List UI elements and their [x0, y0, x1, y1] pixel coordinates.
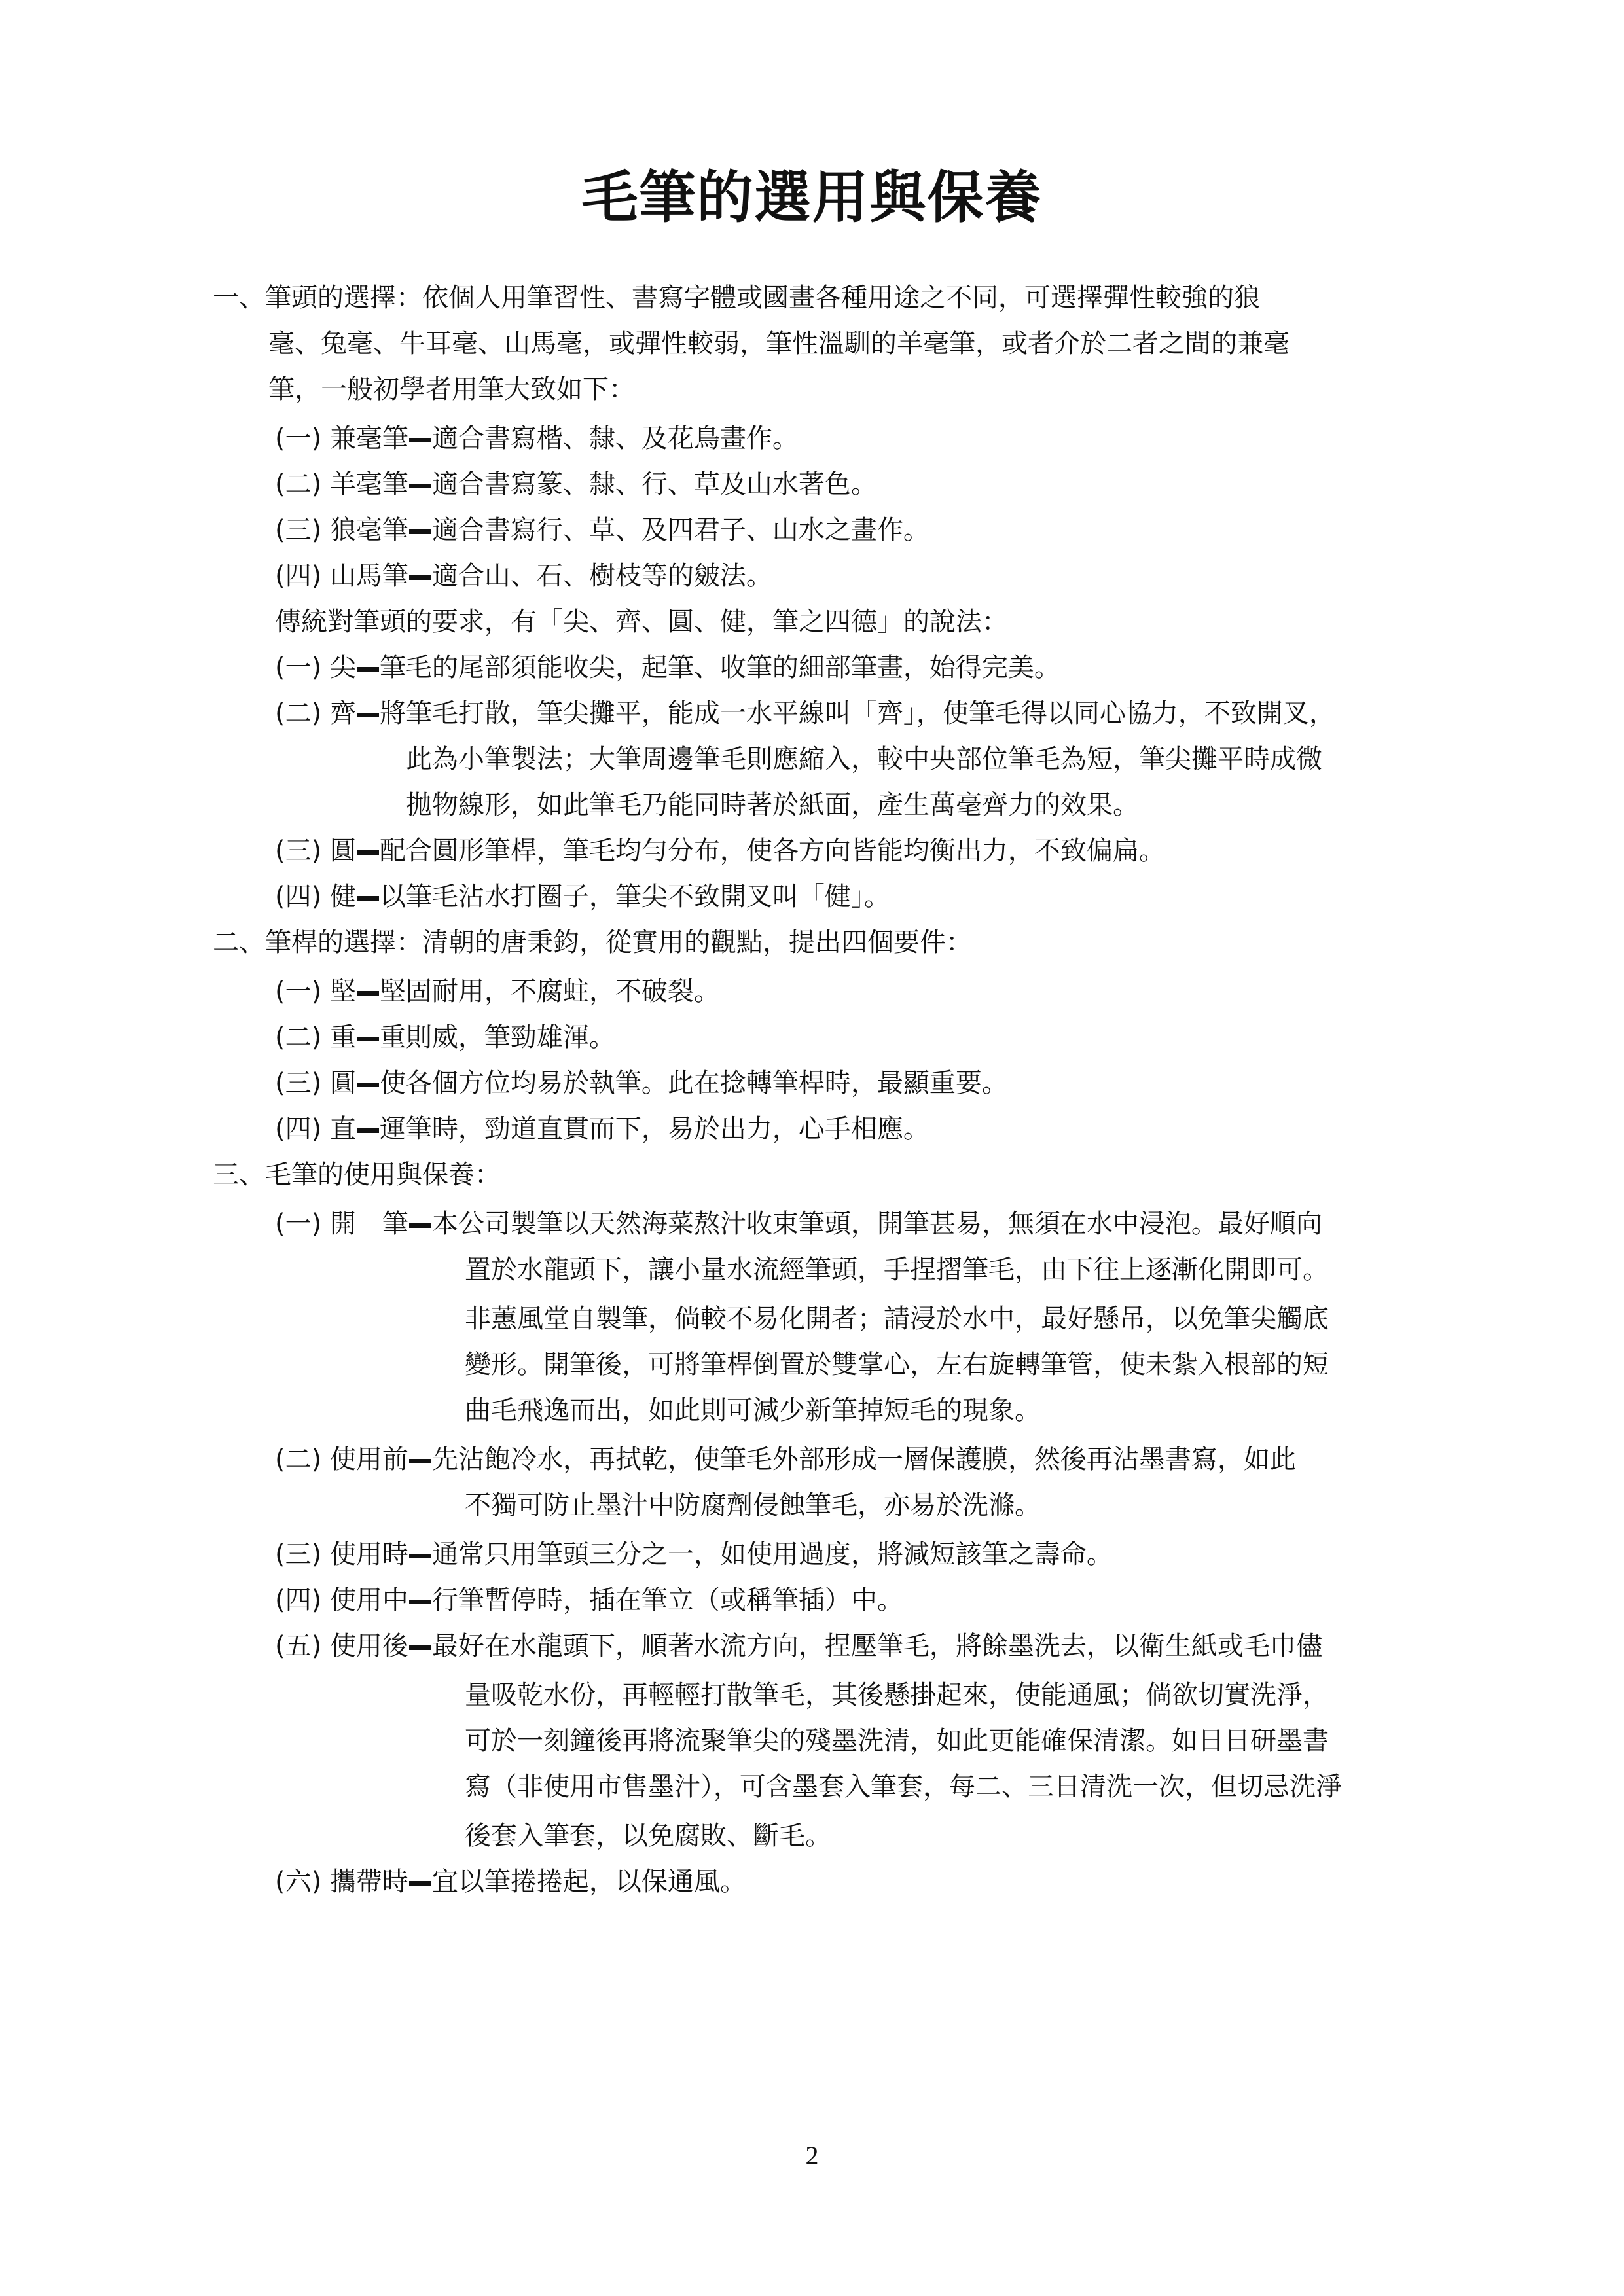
line-text: 最好在水龍頭下，順著水流方向，捏壓筆毛，將餘墨洗去，以衛生紙或毛巾儘 [432, 1631, 1322, 1661]
item-number: (四) [275, 561, 330, 591]
text-line: 置於水龍頭下，讓小量水流經筆頭，手捏摺筆毛，由下往上逐漸化開即可。 [465, 1253, 1329, 1286]
line-text: 三、毛筆的使用與保養： [213, 1160, 501, 1190]
item-term: 羊毫筆 [330, 469, 408, 499]
line-text: 變形。開筆後，可將筆桿倒置於雙掌心，左右旋轉筆管，使未紮入根部的短 [465, 1350, 1329, 1380]
item-number: (二) [275, 1022, 330, 1052]
line-text: 以筆毛沾水打圈子，筆尖不致開叉叫「健」。 [380, 882, 890, 912]
item-number: (一) [275, 1209, 330, 1239]
item-number: (三) [275, 515, 330, 545]
text-line: 筆，一般初學者用筆大致如下： [268, 373, 635, 406]
dash-separator [409, 1600, 431, 1604]
text-line: 不獨可防止墨汁中防腐劑侵蝕筆毛，亦易於洗滌。 [465, 1489, 1041, 1522]
text-line: 寫（非使用市售墨汁），可含墨套入筆套，每二、三日清洗一次，但切忌洗淨 [465, 1770, 1342, 1803]
item-term: 尖 [330, 653, 356, 683]
line-text: 行筆暫停時，插在筆立（或稱筆插）中。 [432, 1585, 903, 1615]
list-item: (一) 堅堅固耐用，不腐蛀，不破裂。 [275, 975, 720, 1008]
item-term: 攜帶時 [330, 1867, 408, 1897]
item-number: (一) [275, 977, 330, 1007]
list-item: (二) 使用前先沾飽冷水，再拭乾，使筆毛外部形成一層保護膜，然後再沾墨書寫，如此 [275, 1443, 1296, 1476]
dash-separator [357, 1083, 379, 1087]
item-term: 重 [330, 1022, 356, 1052]
item-term: 直 [330, 1114, 356, 1144]
dash-separator [409, 1459, 431, 1463]
dash-separator [357, 667, 379, 672]
line-text: 筆，一般初學者用筆大致如下： [268, 374, 635, 404]
text-line: 可於一刻鐘後再將流聚筆尖的殘墨洗清，如此更能確保清潔。如日日研墨書 [465, 1725, 1329, 1757]
item-number: (三) [275, 836, 330, 866]
line-text: 此為小筆製法；大筆周邊筆毛則應縮入，較中央部位筆毛為短，筆尖攤平時成微 [406, 744, 1322, 774]
line-text: 堅固耐用，不腐蛀，不破裂。 [380, 977, 720, 1007]
line-text: 本公司製筆以天然海菜熬汁收束筆頭，開筆甚易，無須在水中浸泡。最好順向 [432, 1209, 1322, 1239]
list-item: (一) 尖筆毛的尾部須能收尖，起筆、收筆的細部筆畫，始得完美。 [275, 651, 1060, 684]
text-line: 拋物線形，如此筆毛乃能同時著於紙面，產生萬毫齊力的效果。 [406, 789, 1139, 821]
line-text: 二、筆桿的選擇：清朝的唐秉鈞，從實用的觀點，提出四個要件： [213, 927, 972, 958]
dash-separator [409, 575, 431, 580]
item-number: (五) [275, 1631, 330, 1661]
text-line: 曲毛飛逸而出，如此則可減少新筆掉短毛的現象。 [465, 1394, 1041, 1427]
line-text: 曲毛飛逸而出，如此則可減少新筆掉短毛的現象。 [465, 1395, 1041, 1426]
item-number: (二) [275, 1444, 330, 1475]
item-term: 狼毫筆 [330, 515, 408, 545]
item-term: 齊 [330, 698, 356, 728]
text-line: 非蕙風堂自製筆，倘較不易化開者；請浸於水中，最好懸吊，以免筆尖觸底 [465, 1302, 1329, 1335]
line-text: 適合書寫行、草、及四君子、山水之畫作。 [432, 515, 929, 545]
text-line: 傳統對筆頭的要求，有「尖、齊、圓、健，筆之四德」的說法： [275, 605, 1008, 638]
dash-separator [409, 438, 431, 442]
list-item: (五) 使用後最好在水龍頭下，順著水流方向，捏壓筆毛，將餘墨洗去，以衛生紙或毛巾… [275, 1630, 1322, 1662]
item-number: (二) [275, 698, 330, 728]
dash-separator [409, 1881, 431, 1886]
item-number: (三) [275, 1068, 330, 1098]
list-item: (四) 健以筆毛沾水打圈子，筆尖不致開叉叫「健」。 [275, 880, 890, 913]
dash-separator [357, 850, 379, 855]
item-number: (四) [275, 1585, 330, 1615]
item-number: (四) [275, 1114, 330, 1144]
list-item: (三) 狼毫筆適合書寫行、草、及四君子、山水之畫作。 [275, 514, 929, 547]
list-item: (一) 開 筆本公司製筆以天然海菜熬汁收束筆頭，開筆甚易，無須在水中浸泡。最好順… [275, 1208, 1322, 1240]
line-text: 使各個方位均易於執筆。此在捻轉筆桿時，最顯重要。 [380, 1068, 1008, 1098]
line-text: 後套入筆套，以免腐敗、斷毛。 [465, 1821, 831, 1851]
dash-separator [409, 484, 431, 488]
item-term: 開 筆 [330, 1209, 408, 1239]
line-text: 置於水龍頭下，讓小量水流經筆頭，手捏摺筆毛，由下往上逐漸化開即可。 [465, 1255, 1329, 1285]
item-term: 使用中 [330, 1585, 408, 1615]
dash-separator [357, 991, 379, 996]
dash-separator [357, 1037, 379, 1041]
text-line: 一、筆頭的選擇：依個人用筆習性、書寫字體或國畫各種用途之不同，可選擇彈性較強的狼 [213, 281, 1260, 314]
dash-separator [357, 896, 379, 901]
line-text: 可於一刻鐘後再將流聚筆尖的殘墨洗清，如此更能確保清潔。如日日研墨書 [465, 1726, 1329, 1756]
text-line: 二、筆桿的選擇：清朝的唐秉鈞，從實用的觀點，提出四個要件： [213, 926, 972, 959]
list-item: (六) 攜帶時宜以筆捲捲起，以保通風。 [275, 1865, 746, 1898]
list-item: (三) 圓使各個方位均易於執筆。此在捻轉筆桿時，最顯重要。 [275, 1067, 1008, 1100]
line-text: 宜以筆捲捲起，以保通風。 [432, 1867, 746, 1897]
line-text: 運筆時，勁道直貫而下，易於出力，心手相應。 [380, 1114, 929, 1144]
list-item: (一) 兼毫筆適合書寫楷、隸、及花鳥畫作。 [275, 422, 799, 455]
line-text: 毫、兔毫、牛耳毫、山馬毫，或彈性較弱，筆性溫馴的羊毫筆，或者介於二者之間的兼毫 [268, 329, 1290, 359]
list-item: (三) 使用時通常只用筆頭三分之一，如使用過度，將減短該筆之壽命。 [275, 1538, 1113, 1571]
item-term: 圓 [330, 836, 356, 866]
line-text: 量吸乾水份，再輕輕打散筆毛，其後懸掛起來，使能通風；倘欲切實洗淨， [465, 1680, 1329, 1710]
text-line: 變形。開筆後，可將筆桿倒置於雙掌心，左右旋轉筆管，使未紮入根部的短 [465, 1348, 1329, 1381]
item-term: 使用前 [330, 1444, 408, 1475]
dash-separator [409, 1223, 431, 1228]
list-item: (二) 重重則威，筆勁雄渾。 [275, 1021, 615, 1054]
item-term: 山馬筆 [330, 561, 408, 591]
item-term: 堅 [330, 977, 356, 1007]
dash-separator [357, 1128, 379, 1133]
item-number: (三) [275, 1539, 330, 1570]
list-item: (二) 羊毫筆適合書寫篆、隸、行、草及山水著色。 [275, 468, 877, 501]
item-term: 圓 [330, 1068, 356, 1098]
list-item: (四) 山馬筆適合山、石、樹枝等的皴法。 [275, 560, 772, 592]
line-text: 非蕙風堂自製筆，倘較不易化開者；請浸於水中，最好懸吊，以免筆尖觸底 [465, 1304, 1329, 1334]
text-line: 毫、兔毫、牛耳毫、山馬毫，或彈性較弱，筆性溫馴的羊毫筆，或者介於二者之間的兼毫 [268, 327, 1290, 360]
text-line: 後套入筆套，以免腐敗、斷毛。 [465, 1820, 831, 1852]
line-text: 不獨可防止墨汁中防腐劑侵蝕筆毛，亦易於洗滌。 [465, 1490, 1041, 1520]
line-text: 一、筆頭的選擇：依個人用筆習性、書寫字體或國畫各種用途之不同，可選擇彈性較強的狼 [213, 283, 1260, 313]
dash-separator [409, 529, 431, 534]
item-number: (一) [275, 653, 330, 683]
line-text: 適合書寫篆、隸、行、草及山水著色。 [432, 469, 877, 499]
item-number: (四) [275, 882, 330, 912]
list-item: (二) 齊將筆毛打散，筆尖攤平，能成一水平線叫「齊」，使筆毛得以同心協力，不致開… [275, 697, 1335, 730]
line-text: 將筆毛打散，筆尖攤平，能成一水平線叫「齊」，使筆毛得以同心協力，不致開叉， [380, 698, 1335, 728]
line-text: 重則威，筆勁雄渾。 [380, 1022, 615, 1052]
item-term: 使用時 [330, 1539, 408, 1570]
line-text: 拋物線形，如此筆毛乃能同時著於紙面，產生萬毫齊力的效果。 [406, 790, 1139, 820]
page-title: 毛筆的選用與保養 [0, 152, 1624, 233]
item-term: 兼毫筆 [330, 423, 408, 454]
list-item: (三) 圓配合圓形筆桿，筆毛均勻分布，使各方向皆能均衡出力，不致偏扁。 [275, 834, 1165, 867]
line-text: 適合書寫楷、隸、及花鳥畫作。 [432, 423, 799, 454]
line-text: 適合山、石、樹枝等的皴法。 [432, 561, 772, 591]
line-text: 配合圓形筆桿，筆毛均勻分布，使各方向皆能均衡出力，不致偏扁。 [380, 836, 1165, 866]
line-text: 通常只用筆頭三分之一，如使用過度，將減短該筆之壽命。 [432, 1539, 1113, 1570]
line-text: 寫（非使用市售墨汁），可含墨套入筆套，每二、三日清洗一次，但切忌洗淨 [465, 1772, 1342, 1802]
dash-separator [409, 1645, 431, 1650]
item-term: 健 [330, 882, 356, 912]
text-line: 量吸乾水份，再輕輕打散筆毛，其後懸掛起來，使能通風；倘欲切實洗淨， [465, 1679, 1329, 1712]
page-number: 2 [0, 2140, 1624, 2171]
item-term: 使用後 [330, 1631, 408, 1661]
list-item: (四) 使用中行筆暫停時，插在筆立（或稱筆插）中。 [275, 1584, 903, 1617]
line-text: 筆毛的尾部須能收尖，起筆、收筆的細部筆畫，始得完美。 [380, 653, 1060, 683]
item-number: (二) [275, 469, 330, 499]
dash-separator [409, 1554, 431, 1558]
text-line: 此為小筆製法；大筆周邊筆毛則應縮入，較中央部位筆毛為短，筆尖攤平時成微 [406, 743, 1322, 776]
item-number: (六) [275, 1867, 330, 1897]
dash-separator [357, 713, 379, 717]
line-text: 先沾飽冷水，再拭乾，使筆毛外部形成一層保護膜，然後再沾墨書寫，如此 [432, 1444, 1296, 1475]
line-text: 傳統對筆頭的要求，有「尖、齊、圓、健，筆之四德」的說法： [275, 607, 1008, 637]
list-item: (四) 直運筆時，勁道直貫而下，易於出力，心手相應。 [275, 1113, 929, 1145]
text-line: 三、毛筆的使用與保養： [213, 1158, 501, 1191]
item-number: (一) [275, 423, 330, 454]
